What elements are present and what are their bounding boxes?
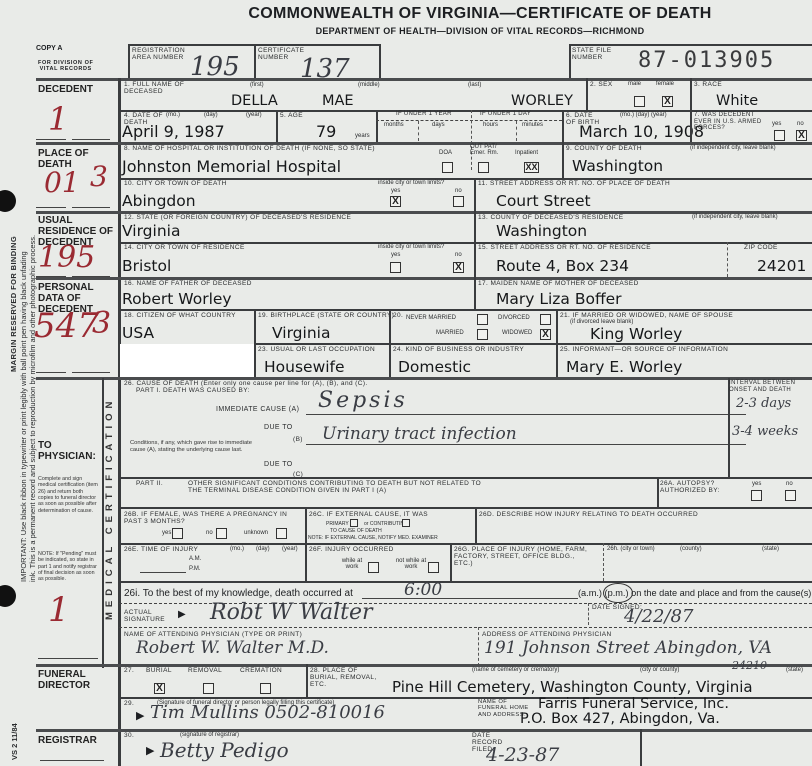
binding-hole — [0, 585, 16, 607]
immediate-cause: Sepsis — [318, 388, 408, 413]
pregnancy-unknown-label: unknown — [244, 530, 268, 536]
pregnancy-yes-checkbox[interactable] — [172, 528, 183, 539]
never-married-checkbox[interactable] — [477, 314, 488, 325]
blank-region — [120, 344, 254, 377]
county-of-death: Washington — [572, 157, 663, 175]
form-code: VS 2 11/84 — [10, 723, 19, 760]
describe-injury-label: 26d. DESCRIBE HOW INJURY RELATING TO DEA… — [479, 511, 698, 518]
city-death-no-label: no — [455, 188, 462, 194]
city-death-inside-no-checkbox[interactable] — [453, 196, 464, 207]
dod-year-label: (year) — [246, 112, 262, 118]
hospital-name: Johnston Memorial Hospital — [122, 157, 341, 176]
autopsy-label: 26a. AUTOPSY? AUTHORIZED BY: — [660, 480, 728, 494]
due-to-c-label: DUE TO — [264, 461, 293, 469]
armed-yes-checbox[interactable] — [774, 130, 785, 141]
section-registrar: REGISTRAR — [38, 735, 97, 746]
date-of-birth: March 10, 1908 — [579, 122, 704, 141]
hours-label: hours — [483, 122, 498, 128]
res-yes-label: yes — [391, 252, 400, 258]
interval-a: 2-3 days — [736, 396, 791, 411]
outpat-checkbox[interactable] — [478, 162, 489, 173]
copy-label: COPY A — [36, 45, 62, 52]
cremation-checkbox[interactable] — [260, 683, 271, 694]
place-of-death-code-b: 3 — [90, 160, 108, 193]
due-to-b-label: DUE TO — [264, 424, 293, 432]
city-residence-label: 14. CITY OR TOWN OF RESIDENCE — [124, 244, 245, 251]
autopsy-no-checkbox[interactable] — [785, 490, 796, 501]
time-injury-label: 26e. TIME OF INJURY — [124, 546, 198, 553]
interval-label: INTERVAL BETWEEN ONSET AND DEATH — [729, 380, 811, 393]
informant-label: 25. INFORMANT—OR SOURCE OF INFORMATION — [560, 346, 728, 353]
place-of-death-code-a: 01 — [44, 166, 80, 199]
cremation-label: CREMATION — [240, 667, 282, 674]
registrar-number: 30. — [124, 732, 134, 739]
disposition-number: 27. — [124, 667, 134, 674]
pm-label: P.M. — [189, 566, 201, 572]
to-cause-label: TO CAUSE OF DEATH — [330, 528, 382, 534]
injury-year-label: (year) — [282, 546, 298, 552]
armed-no-checkbox[interactable]: X — [796, 130, 807, 141]
removal-checkbox[interactable] — [203, 683, 214, 694]
autopsy-yes-label: yes — [752, 481, 761, 487]
street-of-death: Court Street — [496, 192, 591, 210]
city-injury-label: 26h. (city or town) — [607, 546, 655, 552]
important-note-line2: ink. This is a permanent record and subj… — [28, 235, 37, 582]
funeral-director-signature[interactable]: Tim Mullins 0502-810016 — [150, 702, 385, 723]
age-value: 79 — [316, 122, 336, 141]
full-name-label: 1. FULL NAME OF DECEASED — [124, 81, 204, 95]
pending-note: NOTE: If "Pending" must be indicated, so… — [38, 551, 100, 583]
male-label: male — [628, 81, 641, 87]
residence-code: 195 — [38, 240, 95, 275]
county-injury-label: (county) — [680, 546, 702, 552]
county-residence-label: 13. COUNTY OF DECEASED'S RESIDENCE — [478, 214, 623, 221]
first-name: DELLA — [231, 93, 278, 109]
decedent-code: 1 — [48, 100, 68, 138]
informant: Mary E. Worley — [566, 358, 682, 376]
death-time: 6:00 — [404, 580, 442, 600]
married-checkbox[interactable] — [477, 329, 488, 340]
sex-male-checkbox[interactable] — [634, 96, 645, 107]
date-signed: 4/22/87 — [624, 606, 693, 627]
pregnancy-unknown-checkbox[interactable] — [276, 528, 287, 539]
last-name: WORLEY — [511, 93, 573, 109]
city-res-inside-yes-checkbox[interactable] — [390, 262, 401, 273]
spouse-name: King Worley — [590, 325, 682, 343]
occupation-label: 23. USUAL OR LAST OCCUPATION — [258, 346, 375, 353]
physician-name: Robert W. Walter M.D. — [136, 638, 329, 658]
never-married-label: NEVER MARRIED — [406, 315, 456, 321]
physician-zip: 24210 — [732, 659, 767, 672]
widowed-checkbox[interactable]: X — [540, 329, 551, 340]
last-label: (last) — [468, 82, 481, 88]
res-inside-limits-label: inside city or town limits? — [378, 244, 444, 250]
years-label: years — [355, 133, 370, 139]
b-label: (B) — [293, 436, 303, 443]
county-residence-note: (if independent city, leave blank) — [692, 214, 778, 220]
dob-parts-label: (mo.) (day) (year) — [620, 112, 667, 118]
part1-label: PART I. DEATH WAS CAUSED BY: — [136, 387, 250, 394]
county-of-death-label: 9. COUNTY OF DEATH — [566, 145, 642, 152]
inpatient-label: Inpatient — [515, 150, 538, 156]
contributing-checkbox[interactable] — [402, 519, 410, 527]
primary-checkbox[interactable] — [350, 519, 358, 527]
registration-area-label: REGISTRATION AREA NUMBER — [132, 47, 192, 61]
funeral-home-name: Farris Funeral Service, Inc. — [538, 696, 729, 712]
doa-checkbox[interactable] — [442, 162, 453, 173]
divorced-label: DIVORCED — [498, 315, 530, 321]
divorced-checkbox[interactable] — [540, 314, 551, 325]
dod-day-label: (day) — [204, 112, 218, 118]
outpat-label: OUT PAT/ Emer. Rm. — [470, 144, 504, 157]
injury-occurred-label: 26f. INJURY OCCURRED — [309, 546, 394, 553]
personal-code-a: 547 — [34, 306, 99, 346]
hospital-label: 8. NAME OF HOSPITAL OR INSTITUTION OF DE… — [124, 145, 375, 152]
physician-address: 191 Johnson Street Abingdon, VA — [484, 638, 772, 658]
while-work-label: while at work — [338, 558, 366, 570]
widowed-label: WIDOWED — [502, 330, 532, 336]
knowledge-statement: 26i. To the best of my knowledge, death … — [124, 588, 353, 599]
father-label: 16. NAME OF FATHER OF DECEASED — [124, 280, 252, 287]
for-division-label: FOR DIVISION OF VITAL RECORDS — [38, 60, 93, 72]
zip-label: ZIP CODE — [744, 244, 778, 251]
under-day-label: IF UNDER 1 DAY — [480, 111, 531, 117]
industry: Domestic — [398, 358, 471, 376]
city-of-residence: Bristol — [122, 257, 171, 275]
part2-label: PART II. — [136, 480, 163, 487]
removal-label: REMOVAL — [188, 667, 222, 674]
medical-certification-label: MEDICAL CERTIFICATION — [104, 397, 115, 620]
citizen-country: USA — [122, 324, 154, 342]
street-of-residence: Route 4, Box 234 — [496, 257, 629, 275]
funeral-signature-number: 29. — [124, 700, 134, 707]
interval-b: 3-4 weeks — [732, 424, 798, 439]
part2-text: OTHER SIGNIFICANT CONDITIONS CONTRIBUTIN… — [188, 480, 488, 494]
funeral-arrow-icon: ▶ — [136, 709, 144, 722]
middle-name: MAE — [322, 93, 354, 109]
inside-limits-label: inside city or town limits? — [378, 180, 444, 186]
city-res-inside-no-checkbox[interactable]: X — [453, 262, 464, 273]
mother-maiden-name: Mary Liza Boffer — [496, 290, 622, 308]
sex-female-checkbox[interactable]: X — [662, 96, 673, 107]
zip-code: 24201 — [757, 257, 806, 275]
registrar-arrow-icon: ▶ — [146, 744, 154, 757]
minutes-label: minutes — [522, 122, 543, 128]
middle-label: (middle) — [358, 82, 380, 88]
state-file-number: 87-013905 — [638, 48, 775, 73]
street-of-death-label: 11. STREET ADDRESS OR RT. NO. OF PLACE O… — [478, 180, 670, 187]
state-residence-label: 12. STATE (OR FOREIGN COUNTRY) OF DECEAS… — [124, 214, 351, 221]
months-label: months — [384, 122, 404, 128]
autopsy-yes-checkbox[interactable] — [751, 490, 762, 501]
first-label: (first) — [250, 82, 264, 88]
binding-hole — [0, 190, 16, 212]
physician-signature[interactable]: Robt W Walter — [210, 600, 373, 625]
section-funeral-director: FUNERAL DIRECTOR — [38, 669, 108, 691]
registrar-signature[interactable]: Betty Pedigo — [160, 738, 289, 762]
dod-mo-label: (mo.) — [166, 112, 180, 118]
father-name: Robert Worley — [122, 290, 232, 308]
armed-forces-label: 7. WAS DECEDENT EVER IN U.S. ARMED FORCE… — [694, 112, 770, 132]
city-death-inside-yes-checkbox[interactable]: X — [390, 196, 401, 207]
mother-label: 17. MAIDEN NAME OF MOTHER OF DECEASED — [478, 280, 639, 287]
county-death-note: (if independent city, leave blank) — [690, 145, 776, 151]
city-of-death: Abingdon — [122, 192, 196, 210]
funeral-home-address: P.O. Box 427, Abingdon, Va. — [520, 711, 720, 727]
city-of-death-label: 10. CITY OR TOWN OF DEATH — [124, 180, 227, 187]
under-year-label: IF UNDER 1 YEAR — [396, 111, 452, 117]
place-of-burial: Pine Hill Cemetery, Washington County, V… — [392, 678, 753, 696]
street-residence-label: 15. STREET ADDRESS OR RT. NO. OF RESIDEN… — [478, 244, 651, 251]
armed-no-label: no — [797, 121, 804, 127]
marital-label: 20. — [393, 312, 403, 319]
external-cause-label: 26c. IF EXTERNAL CAUSE, IT WAS — [309, 511, 428, 518]
age-label: 5. AGE — [280, 112, 303, 119]
section-to-physician: TO PHYSICIAN: — [38, 440, 100, 462]
signature-arrow-icon: ▶ — [178, 609, 186, 620]
res-no-label: no — [455, 252, 462, 258]
autopsy-no-label: no — [786, 481, 793, 487]
state-of-residence: Virginia — [122, 222, 180, 240]
industry-label: 24. KIND OF BUSINESS OR INDUSTRY — [393, 346, 524, 353]
physician-instructions: Complete and sign medical certification … — [38, 476, 98, 514]
personal-code-b: 3 — [92, 306, 111, 341]
birthplace: Virginia — [272, 324, 330, 342]
state-file-label: STATE FILE NUMBER — [572, 47, 616, 61]
conditions-note: Conditions, if any, which gave rise to i… — [130, 440, 252, 454]
birthplace-label: 19. BIRTHPLACE (state or country) — [258, 312, 394, 319]
city-county-sublabel: (city or county) — [640, 667, 679, 673]
not-work-checkbox[interactable] — [428, 562, 439, 573]
doa-label: DOA — [439, 150, 452, 156]
important-note-line1: IMPORTANT: Use black ribbon in typewrite… — [19, 251, 28, 582]
injury-day-label: (day) — [256, 546, 270, 552]
while-work-checkbox[interactable] — [368, 562, 379, 573]
city-death-yes-label: yes — [391, 188, 400, 194]
burial-checkbox[interactable]: X — [154, 683, 165, 694]
external-note: NOTE: IF EXTERNAL CAUSE, NOTIFY MED. EXA… — [308, 535, 438, 541]
armed-yes-label: yes — [772, 121, 781, 127]
immediate-cause-label: IMMEDIATE CAUSE (A) — [216, 406, 299, 414]
cause-b: Urinary tract infection — [322, 424, 517, 444]
section-decedent: DECEDENT — [38, 84, 93, 95]
not-work-label: not while at work — [394, 558, 428, 570]
date-filed: 4-23-87 — [486, 744, 559, 766]
married-label: MARRIED — [436, 330, 464, 336]
pregnancy-no-label: no — [206, 530, 213, 536]
state-injury-label: (state) — [762, 546, 779, 552]
female-label: female — [656, 81, 674, 87]
burial-label: BURIAL — [146, 667, 172, 674]
place-of-burial-label: 28. PLACE OF BURIAL, REMOVAL, ETC. — [310, 667, 380, 688]
primary-label: PRIMARY — [326, 521, 349, 527]
pregnancy-label: 26b. IF FEMALE, WAS THERE A PREGNANCY IN… — [124, 511, 299, 525]
for-division-line2: VITAL RECORDS — [38, 66, 93, 72]
date-of-death: April 9, 1987 — [122, 122, 225, 141]
race-label: 3. RACE — [694, 81, 722, 88]
am-label: A.M. — [189, 556, 201, 562]
pm-circle — [603, 583, 633, 603]
pregnancy-no-checkbox[interactable] — [216, 528, 227, 539]
sex-label: 2. SEX — [590, 81, 613, 88]
place-injury-label: 26g. PLACE OF INJURY (home, farm, factor… — [454, 546, 594, 567]
cemetery-sublabel: (name of cemetery or crematory) — [472, 667, 559, 673]
certificate-title: COMMONWEALTH OF VIRGINIA—CERTIFICATE OF … — [0, 5, 812, 23]
occupation: Housewife — [264, 358, 345, 376]
days-label: days — [432, 122, 445, 128]
inpatient-checkbox[interactable]: XX — [524, 162, 539, 173]
county-of-residence: Washington — [496, 222, 587, 240]
certificate-subtitle: DEPARTMENT OF HEALTH—DIVISION OF VITAL R… — [0, 26, 812, 36]
injury-mo-label: (mo.) — [230, 546, 244, 552]
physician-code: 1 — [48, 590, 70, 630]
citizen-label: 18. CITIZEN OF WHAT COUNTRY — [124, 312, 236, 319]
signature-label: ACTUAL SIGNATURE — [124, 609, 184, 623]
margin-binding-note: MARGIN RESERVED FOR BINDING — [10, 236, 18, 372]
race-value: White — [716, 93, 758, 109]
pregnancy-yes-label: yes — [162, 530, 171, 536]
state-sublabel: (state) — [786, 667, 803, 673]
